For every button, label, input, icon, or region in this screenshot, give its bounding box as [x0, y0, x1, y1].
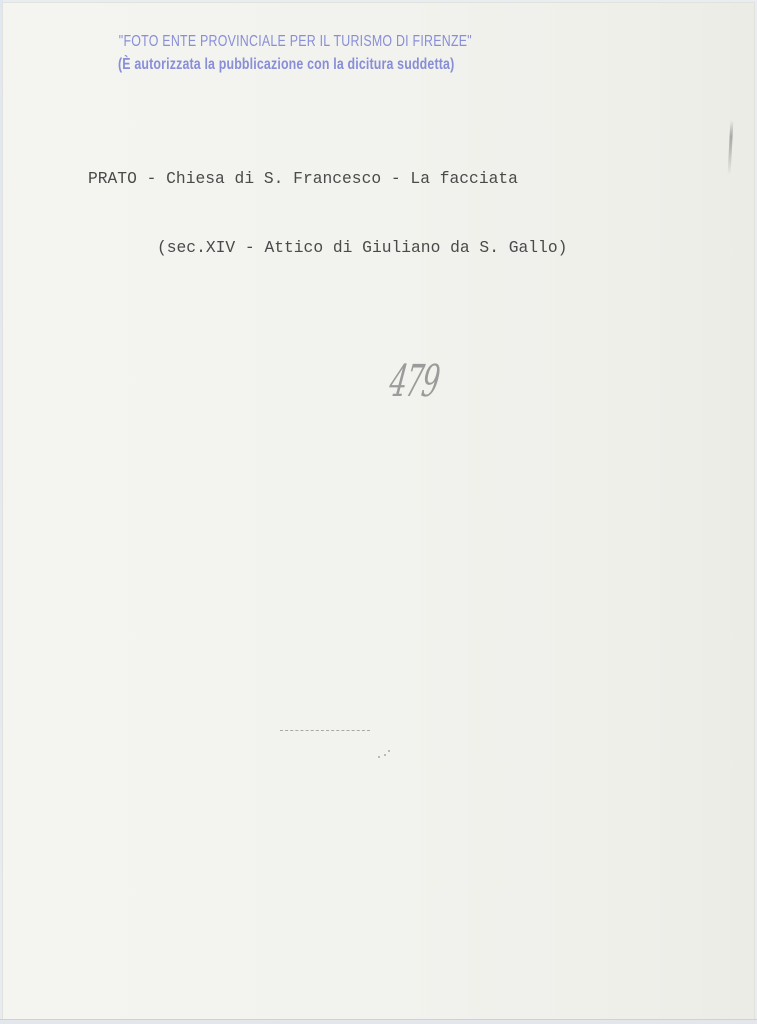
typed-caption: PRATO - Chiesa di S. Francesco - La facc… [88, 121, 567, 282]
handwritten-number: 479 [387, 360, 442, 404]
dot [378, 756, 380, 758]
ink-stamp: "FOTO ENTE PROVINCIALE PER IL TURISMO DI… [118, 30, 472, 76]
caption-line-1: PRATO - Chiesa di S. Francesco - La facc… [88, 167, 567, 190]
dot [384, 754, 386, 756]
stamp-line-2: (È autorizzata la pubblicazione con la d… [118, 53, 472, 76]
faint-dash-marks [280, 730, 370, 734]
scan-bottom-edge [0, 1019, 757, 1024]
faint-dot-marks [376, 748, 396, 760]
dot [388, 750, 390, 752]
caption-line-2: (sec.XIV - Attico di Giuliano da S. Gall… [88, 236, 567, 259]
stamp-line-1: "FOTO ENTE PROVINCIALE PER IL TURISMO DI… [118, 30, 472, 53]
